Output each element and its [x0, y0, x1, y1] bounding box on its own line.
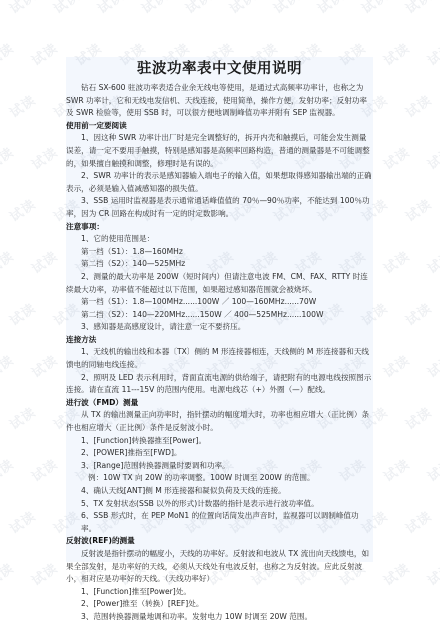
section-heading-ref: 反射波(REF)的测量 [66, 535, 373, 548]
list-item: 2、[Power]推至（转换）[REF]处。 [66, 598, 373, 611]
list-item: 3、范围转换器测量地调和功率。发射电力 10W 时调至 20W 范围。 [66, 611, 373, 620]
watermark-text: 试读 [0, 246, 17, 278]
watermark-text: 试读 [401, 402, 435, 434]
paragraph: 1、因这种 SWR 功率计出厂时是完全调整好的，拆开内壳和触摸后，可能会发生测量… [66, 132, 373, 170]
list-item: 5、TX 发射状态(SSB 以外的形式)计数器的指针是表示进行波功率值。 [66, 498, 373, 511]
watermark-text: 试读 [27, 350, 61, 382]
list-item: 1、它的使用范围是： [66, 233, 373, 246]
list-item: 2、[POWER]推指至[FWD]。 [66, 447, 373, 460]
watermark-text: 试读 [181, 0, 215, 17]
watermark-text: 试读 [5, 298, 39, 330]
watermark-text: 试读 [423, 38, 440, 70]
list-item: 3、感知器是高感度设计，请注意一定不要挤压。 [66, 321, 373, 334]
section-heading-connection: 连接方法 [66, 334, 373, 347]
paragraph: 2、SWR 功率计的表示是感知器输入端电子的输入值，如果想取得感知器输出端的正确… [66, 170, 373, 195]
watermark-text: 试读 [5, 90, 39, 122]
paragraph: 2、照明及 LED 表示利用时，背面直流电源的供给端子，请把附有的电源电线按照图… [66, 372, 373, 397]
watermark-text: 试读 [5, 506, 39, 538]
list-item: 4、确认天线[ANT]侧 M 形连接器和凝似负荷及天线的连接。 [66, 485, 373, 498]
watermark-text: 试读 [423, 454, 440, 486]
watermark-text: 试读 [0, 558, 17, 590]
watermark-text: 试读 [27, 38, 61, 70]
paragraph: 1、无线机的输出线和本器〔TX〕侧的 M 形连接器相连，天线侧的 M 形连接器和… [66, 346, 373, 371]
watermark-text: 试读 [5, 194, 39, 226]
watermark-text: 试读 [0, 454, 17, 486]
list-item: 第二挡（S2）：140—525MHz [66, 258, 373, 271]
watermark-text: 试读 [401, 298, 435, 330]
watermark-text: 试读 [423, 558, 440, 590]
watermark-text: 试读 [401, 194, 435, 226]
paragraph: 2、测量的最大功率是 200W（短时间内）但请注意电波 FM、CM、FAX、RT… [66, 271, 373, 296]
section-heading-read-first: 使用前一定要阅读 [66, 120, 373, 133]
watermark-text: 试读 [27, 558, 61, 590]
intro-paragraph: 钻石 SX-600 驻波功率表适合业余无线电等使用，是通过式高频率功率计，也称之… [66, 82, 373, 120]
list-item: 第一档（S1）：1.8—100MHz......100W ／ 100—160MH… [66, 296, 373, 309]
list-item: 第二挡（S2）：140—220MHz......150W ／ 400—525MH… [66, 309, 373, 322]
watermark-text: 试读 [0, 38, 17, 70]
watermark-text: 试读 [0, 142, 17, 174]
watermark-text: 试读 [423, 350, 440, 382]
watermark-text: 试读 [93, 0, 127, 17]
watermark-text: 试读 [0, 350, 17, 382]
document-title: 驻波功率表中文使用说明 [66, 59, 373, 79]
watermark-text: 试读 [27, 142, 61, 174]
list-item: 第一档（S1）：1.8—160MHz [66, 246, 373, 259]
watermark-text: 试读 [27, 454, 61, 486]
paragraph: 从 TX 的输出测量正向功率时，指针摆动的幅度增大时，功率也相应增大（正比例）条… [66, 409, 373, 434]
watermark-text: 试读 [401, 90, 435, 122]
list-item: 6、SSB 形式时，在 PEP MoN1 的位置向话筒发出声音时，监视器可以调制… [66, 510, 373, 535]
list-item: 1、[Function]转换器推至[Power]。 [66, 435, 373, 448]
watermark-text: 试读 [5, 0, 39, 17]
watermark-text: 试读 [401, 506, 435, 538]
watermark-text: 试读 [27, 246, 61, 278]
watermark-text: 试读 [49, 0, 83, 17]
watermark-text: 试读 [379, 558, 413, 590]
paragraph: 3、SSB 运用时监视器是表示通常通话峰值值的 70％—90％功率，不能达到 1… [66, 195, 373, 220]
watermark-text: 试读 [269, 0, 303, 17]
watermark-text: 试读 [379, 350, 413, 382]
watermark-text: 试读 [423, 142, 440, 174]
watermark-text: 试读 [357, 0, 391, 17]
document-page: 驻波功率表中文使用说明 钻石 SX-600 驻波功率表适合业余无线电等使用，是通… [66, 57, 373, 562]
watermark-text: 试读 [313, 0, 347, 17]
list-item: 3、[Range]范围转换器测量时要调和功率。 [66, 460, 373, 473]
section-heading-notes: 注意事项： [66, 221, 373, 234]
watermark-text: 试读 [5, 402, 39, 434]
list-item: 1、[Function]推至[Power]处。 [66, 586, 373, 599]
watermark-text: 试读 [401, 0, 435, 17]
watermark-text: 试读 [379, 246, 413, 278]
watermark-text: 试读 [379, 38, 413, 70]
paragraph: 反射波是指针摆动的幅度小，天线的功率好。反射波和电波从 TX 流出向天线馈电，如… [66, 548, 373, 586]
list-item: 例：10W TX 向 20W 的功率调整。100W 时调至 200W 的范围。 [66, 472, 373, 485]
watermark-text: 试读 [225, 0, 259, 17]
document-body: 钻石 SX-600 驻波功率表适合业余无线电等使用，是通过式高频率功率计，也称之… [66, 82, 373, 620]
watermark-text: 试读 [379, 142, 413, 174]
watermark-text: 试读 [379, 454, 413, 486]
section-heading-fwd: 进行波（FMD）测量 [66, 397, 373, 410]
watermark-text: 试读 [137, 0, 171, 17]
watermark-text: 试读 [423, 246, 440, 278]
